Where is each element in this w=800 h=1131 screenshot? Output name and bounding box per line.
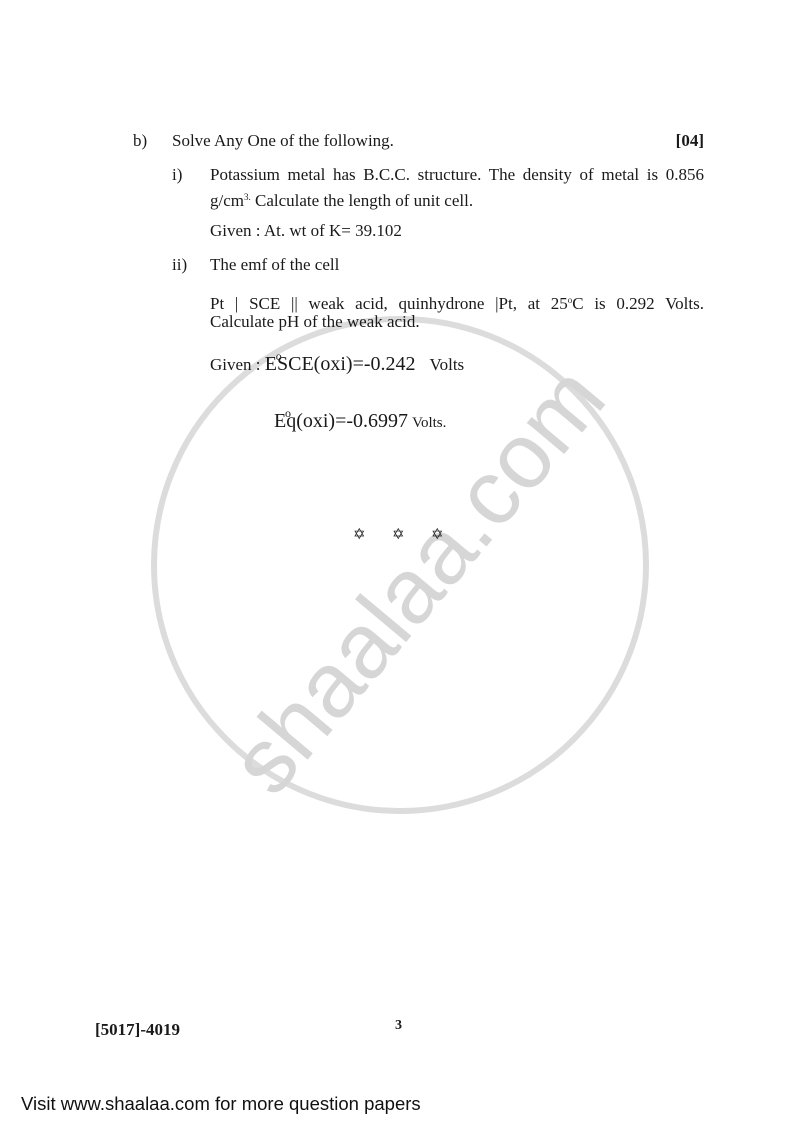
equation-value: =-0.6997 [335, 410, 408, 432]
given-equation-2: Eoq(oxi)=-0.6997Volts. [274, 410, 446, 434]
subquestion-i-label: i) [172, 164, 182, 186]
question-title: Solve Any One of the following. [172, 130, 394, 152]
subquestion-i-line1: Potassium metal has B.C.C. structure. Th… [210, 164, 704, 186]
question-label: b) [133, 130, 147, 152]
subquestion-i-given: Given : At. wt of K= 39.102 [210, 220, 402, 242]
e-symbol: Eo [274, 410, 286, 432]
unit-text: g/cm [210, 191, 244, 210]
question-marks: [04] [670, 130, 704, 152]
star-of-david-icon: ✡ [431, 525, 470, 544]
end-marks: ✡✡✡ [353, 525, 470, 544]
question-page: b) Solve Any One of the following. [04] … [0, 0, 800, 1131]
equation-2: Eoq(oxi)=-0.6997 [274, 410, 408, 432]
paper-code: [5017]-4019 [95, 1020, 180, 1040]
subquestion-i-instruction: Calculate the length of unit cell. [251, 191, 473, 210]
equation-subscript: q(oxi) [286, 410, 335, 432]
promo-banner-text[interactable]: Visit www.shaalaa.com for more question … [21, 1093, 421, 1115]
e-symbol: Eo [265, 353, 277, 375]
subquestion-ii-cell-line2: Calculate pH of the weak acid. [210, 311, 420, 333]
unit-superscript: 3. [244, 192, 251, 202]
page-number: 3 [395, 1018, 402, 1034]
equation-value: =-0.242 [353, 353, 416, 375]
standard-superscript: o [276, 345, 282, 367]
subquestion-i-line2: g/cm3. Calculate the length of unit cell… [210, 186, 473, 212]
standard-superscript: o [285, 402, 291, 424]
given-label: Given : [210, 355, 265, 374]
given-equation-1: Given : EoSCE(oxi)=-0.242Volts [210, 353, 464, 376]
equation-1: EoSCE(oxi)=-0.242 [265, 353, 416, 375]
star-of-david-icon: ✡ [392, 525, 431, 544]
equation-unit: Volts [430, 355, 465, 374]
cell-text-end: C is 0.292 Volts. [572, 294, 704, 313]
equation-unit: Volts. [412, 415, 446, 431]
subquestion-ii-intro: The emf of the cell [210, 254, 339, 276]
star-of-david-icon: ✡ [353, 525, 392, 544]
subquestion-ii-label: ii) [172, 254, 187, 276]
equation-subscript: SCE(oxi) [277, 353, 353, 375]
